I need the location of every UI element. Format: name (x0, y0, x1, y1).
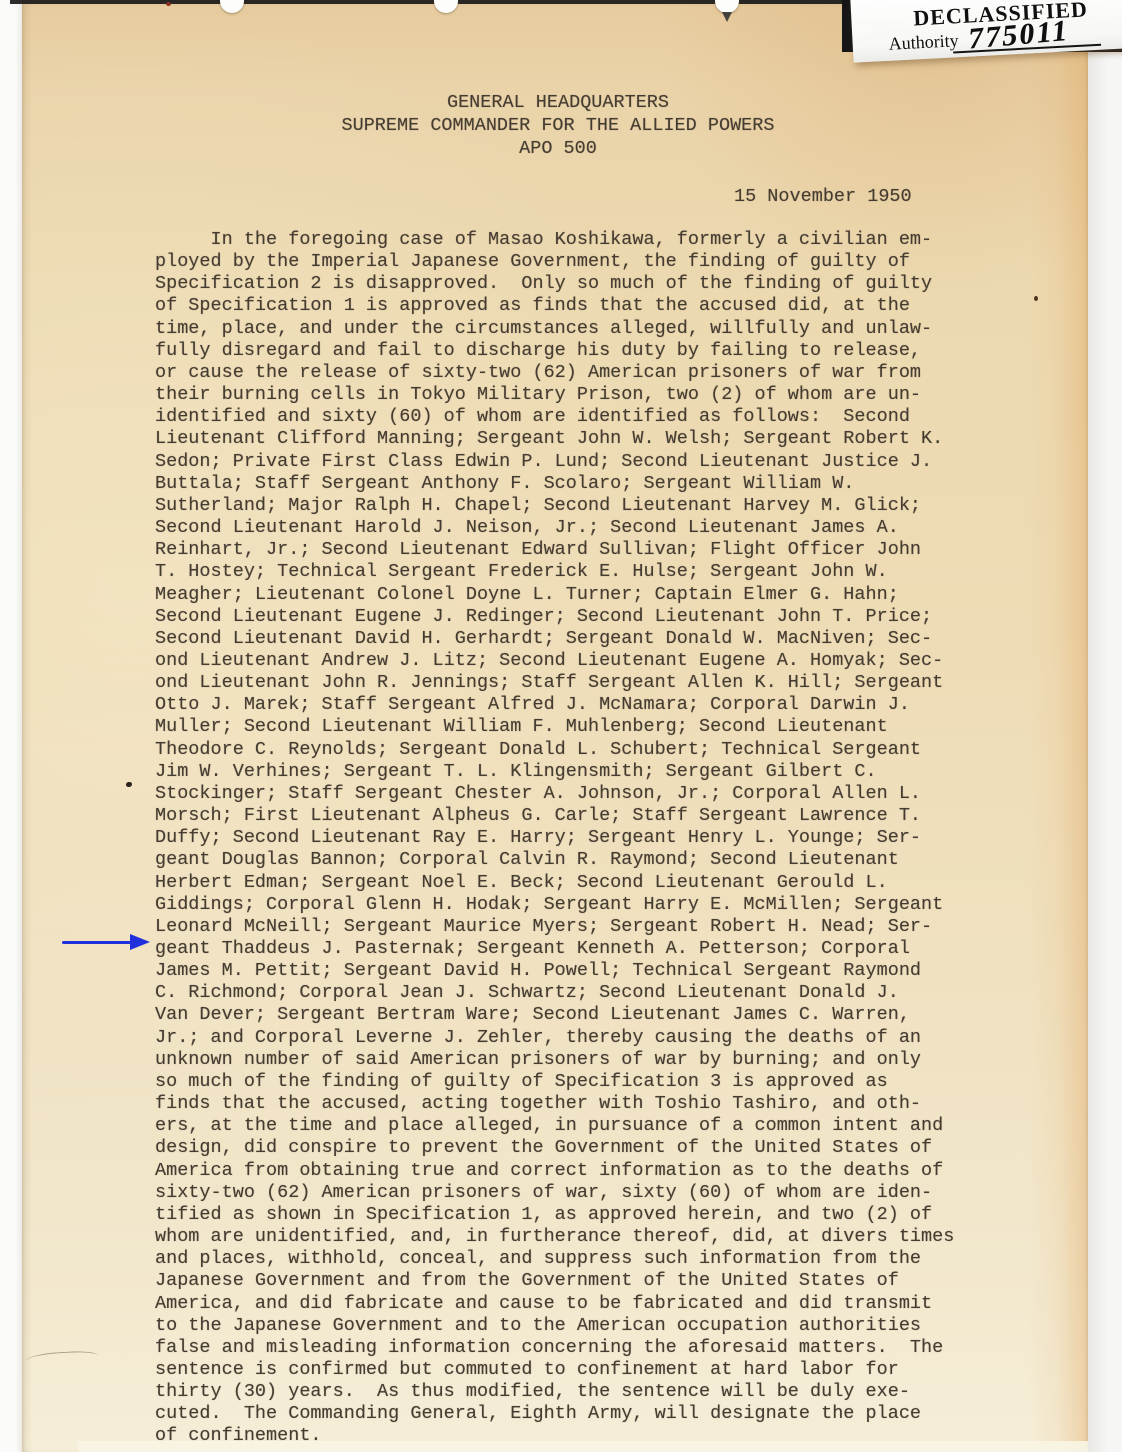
authority-label: Authority (888, 30, 959, 55)
body-text: In the foregoing case of Masao Koshikawa… (155, 229, 954, 1448)
letterhead-line1: GENERAL HEADQUARTERS (158, 91, 958, 114)
annotation-arrow-icon (62, 933, 150, 951)
ink-speck (1034, 296, 1038, 301)
scanner-edge-right (1088, 0, 1122, 1452)
arrow-shaft (62, 941, 134, 944)
letterhead-line2: SUPREME COMMANDER FOR THE ALLIED POWERS (158, 114, 958, 137)
scanner-edge-left (0, 0, 22, 1452)
date-line: 15 November 1950 (734, 186, 912, 207)
ink-speck (166, 2, 171, 6)
document-scan: DECLASSIFIED Authority 775011 GENERAL HE… (0, 0, 1122, 1452)
arrow-head (130, 934, 150, 950)
letterhead-line3: APO 500 (158, 137, 958, 160)
letterhead: GENERAL HEADQUARTERS SUPREME COMMANDER F… (158, 91, 958, 160)
punch-hole-shadow (722, 12, 732, 22)
